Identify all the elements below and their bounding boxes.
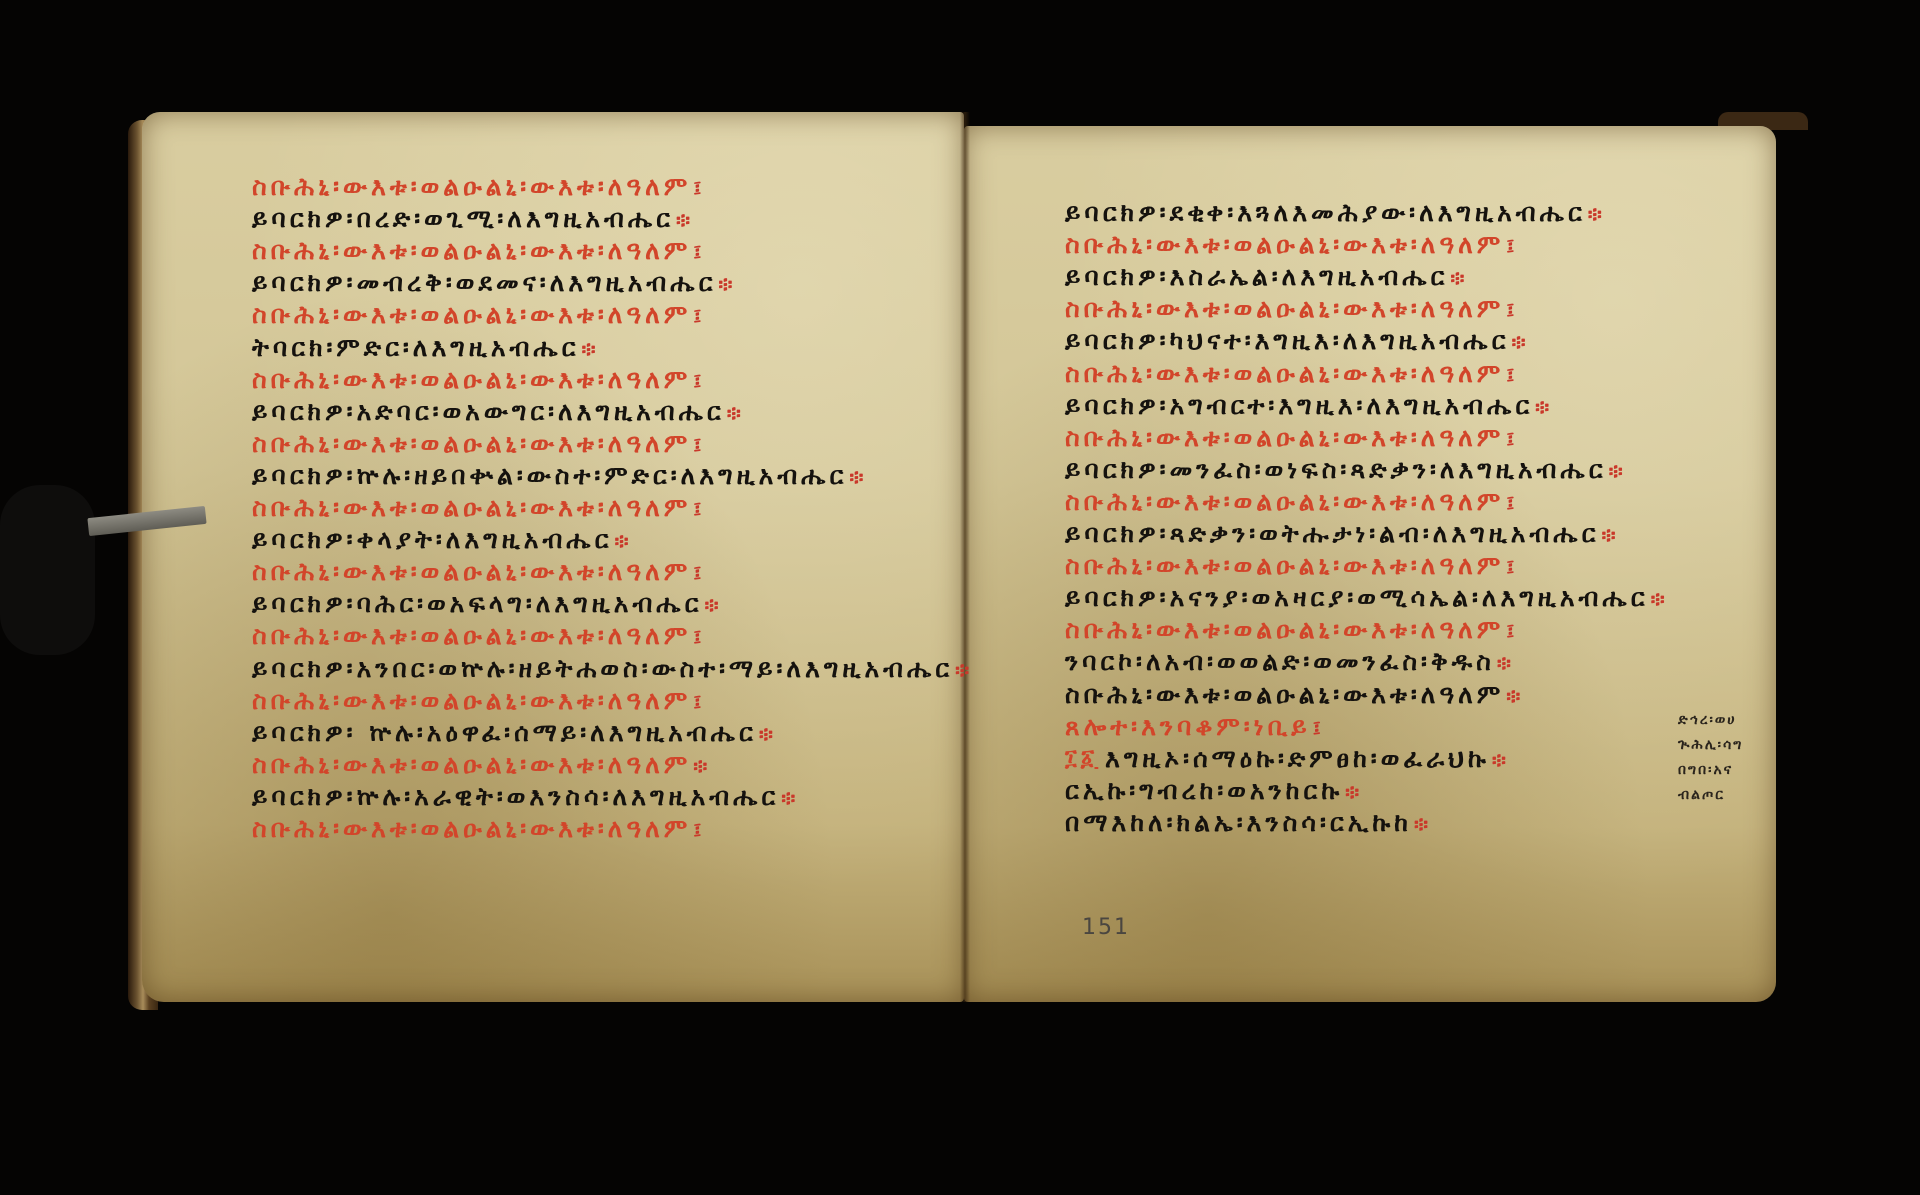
punctuation-mark-icon: ፤: [693, 240, 705, 264]
punctuation-mark-icon: ፤: [693, 690, 705, 714]
punctuation-mark-icon: ፤: [693, 497, 705, 521]
line-text: ስቡሕኒ፡ውእቱ፡ወልዑልኒ፡ውእቱ፡ለዓለም: [252, 557, 691, 586]
manuscript-line: ስቡሕኒ፡ውእቱ፡ወልዑልኒ፡ውእቱ፡ለዓለም፤: [252, 493, 705, 524]
punctuation-mark-icon: ፤: [693, 304, 705, 328]
punctuation-mark-icon: ፨: [849, 465, 867, 489]
manuscript-line: ስቡሕኒ፡ውእቱ፡ወልዑልኒ፡ውእቱ፡ለዓለም፤: [1065, 487, 1518, 518]
line-text: ይባርክዎ፡ደቂቀ፡እጓለእመሕያው፡ለእግዚአብሔር: [1065, 198, 1586, 227]
punctuation-mark-icon: ፤: [693, 625, 705, 649]
margin-note-line: ብልጦር: [1678, 783, 1743, 808]
line-text: ስቡሕኒ፡ውእቱ፡ወልዑልኒ፡ውእቱ፡ለዓለም: [252, 236, 691, 265]
manuscript-line: ይባርክዎ፡ ኵሉ፡አዕዋፈ፡ሰማይ፡ለእግዚአብሔር፨: [252, 718, 777, 749]
punctuation-mark-icon: ፨: [1497, 651, 1515, 675]
manuscript-line: ስቡሕኒ፡ውእቱ፡ወልዑልኒ፡ውእቱ፡ለዓለም፤: [252, 621, 705, 652]
line-text: እግዚኦ፡ሰማዕኩ፡ድምፀከ፡ወፈራህኩ: [1105, 744, 1490, 773]
manuscript-line: ጸሎተ፡እንባቆም፡ነቢይ፤: [1065, 712, 1325, 743]
line-text: ስቡሕኒ፡ውእቱ፡ወልዑልኒ፡ውእቱ፡ለዓለም: [1065, 359, 1504, 388]
line-text: ይባርክዎ፡ኵሉ፡አራዊት፡ወእንስሳ፡ለእግዚአብሔር: [252, 782, 779, 811]
punctuation-mark-icon: ፨: [1651, 587, 1669, 611]
punctuation-mark-icon: ፨: [1506, 684, 1524, 708]
line-text: ይባርክዎ፡አድባር፡ወአውግር፡ለእግዚአብሔር: [252, 397, 725, 426]
manuscript-line: ይባርክዎ፡ኵሉ፡ዘይበቍል፡ውስተ፡ምድር፡ለእግዚአብሔር፨: [252, 461, 867, 492]
manuscript-line: ይባርክዎ፡አግብርተ፡እግዚእ፡ለእግዚአብሔር፨: [1065, 391, 1553, 422]
punctuation-mark-icon: ፨: [1414, 812, 1432, 836]
line-text: በማእከለ፡ክልኤ፡እንስሳ፡ርኢኩከ: [1065, 808, 1412, 837]
manuscript-line: ስቡሕኒ፡ውእቱ፡ወልዑልኒ፡ውእቱ፡ለዓለም፤: [252, 686, 705, 717]
manuscript-line: ይባርክዎ፡ካህናተ፡እግዚእ፡ለእግዚአብሔር፨: [1065, 326, 1529, 357]
punctuation-mark-icon: ፨: [1535, 395, 1553, 419]
punctuation-mark-icon: ፤: [1313, 716, 1325, 740]
line-text: ስቡሕኒ፡ውእቱ፡ወልዑልኒ፡ውእቱ፡ለዓለም: [1065, 487, 1504, 516]
manuscript-line: ስቡሕኒ፡ውእቱ፡ወልዑልኒ፡ውእቱ፡ለዓለም፨: [1065, 680, 1524, 711]
line-text: ይባርክዎ፡አናንያ፡ወአዛርያ፡ወሚሳኤል፡ለእግዚአብሔር: [1065, 583, 1649, 612]
line-text: ስቡሕኒ፡ውእቱ፡ወልዑልኒ፡ውእቱ፡ለዓለም: [252, 429, 691, 458]
manuscript-line: ስቡሕኒ፡ውእቱ፡ወልዑልኒ፡ውእቱ፡ለዓለም፤: [252, 814, 705, 845]
line-text: ይባርክዎ፡ጻድቃን፡ወትሑታነ፡ልብ፡ለእግዚአብሔር: [1065, 519, 1599, 548]
punctuation-mark-icon: ፨: [1345, 780, 1363, 804]
line-text: ስቡሕኒ፡ውእቱ፡ወልዑልኒ፡ውእቱ፡ለዓለም: [1065, 615, 1504, 644]
line-text: ስቡሕኒ፡ውእቱ፡ወልዑልኒ፡ውእቱ፡ለዓለም: [252, 814, 691, 843]
manuscript-line: ስቡሕኒ፡ውእቱ፡ወልዑልኒ፡ውእቱ፡ለዓለም፤: [252, 557, 705, 588]
punctuation-mark-icon: ፨: [693, 754, 711, 778]
line-text: ስቡሕኒ፡ውእቱ፡ወልዑልኒ፡ውእቱ፡ለዓለም: [1065, 423, 1504, 452]
line-text: ይባርክዎ፡ቀላያት፡ለእግዚአብሔር: [252, 525, 612, 554]
punctuation-mark-icon: ፨: [1450, 266, 1468, 290]
manuscript-line: ንባርኮ፡ለአብ፡ወወልድ፡ወመንፈስ፡ቅዱስ፨: [1065, 647, 1515, 678]
punctuation-mark-icon: ፨: [1609, 459, 1627, 483]
punctuation-mark-icon: ፤: [693, 561, 705, 585]
line-text: ይባርክዎ፡በረድ፡ወጊሚ፡ለእግዚአብሔር: [252, 204, 674, 233]
manuscript-line: ስቡሕኒ፡ውእቱ፡ወልዑልኒ፡ውእቱ፡ለዓለም፤: [1065, 359, 1518, 390]
punctuation-mark-icon: ፨: [759, 722, 777, 746]
line-text: ጸሎተ፡እንባቆም፡ነቢይ: [1065, 712, 1311, 741]
line-text: ይባርክዎ፡አንበር፡ወኵሉ፡ዘይትሐወስ፡ውስተ፡ማይ፡ለእግዚአብሔር: [252, 654, 953, 683]
manuscript-line: ይባርክዎ፡ቀላያት፡ለእግዚአብሔር፨: [252, 525, 633, 556]
punctuation-mark-icon: ፨: [1588, 202, 1606, 226]
punctuation-mark-icon: ፨: [781, 786, 799, 810]
manuscript-line: ስቡሕኒ፡ውእቱ፡ወልዑልኒ፡ውእቱ፡ለዓለም፤: [252, 300, 705, 331]
gutter: [960, 112, 970, 1002]
manuscript-line: ስቡሕኒ፡ውእቱ፡ወልዑልኒ፡ውእቱ፡ለዓለም፨: [252, 750, 711, 781]
punctuation-mark-icon: ፤: [1506, 619, 1518, 643]
manuscript-line: ይባርክዎ፡አንበር፡ወኵሉ፡ዘይትሐወስ፡ውስተ፡ማይ፡ለእግዚአብሔር፨: [252, 654, 973, 685]
punctuation-mark-icon: ፨: [614, 529, 632, 553]
line-text: ይባርክዎ፡መንፈስ፡ወነፍስ፡ጻድቃን፡ለእግዚአብሔር: [1065, 455, 1607, 484]
line-text: ይባርክዎ፡መብረቅ፡ወደመና፡ለእግዚአብሔር: [252, 268, 716, 297]
margin-note: ድኅረ፡ወሀ ጒሕሊ፡ሳግ በግበ፡አና ብልጦር: [1678, 708, 1743, 808]
punctuation-mark-icon: ፤: [1506, 234, 1518, 258]
line-text: ስቡሕኒ፡ውእቱ፡ወልዑልኒ፡ውእቱ፡ለዓለም: [252, 365, 691, 394]
punctuation-mark-icon: ፤: [1506, 363, 1518, 387]
line-text: ንባርኮ፡ለአብ፡ወወልድ፡ወመንፈስ፡ቅዱስ: [1065, 647, 1495, 676]
manuscript-line: ስቡሕኒ፡ውእቱ፡ወልዑልኒ፡ውእቱ፡ለዓለም፤: [252, 172, 705, 203]
punctuation-mark-icon: ፨: [704, 593, 722, 617]
punctuation-mark-icon: ፨: [1601, 523, 1619, 547]
manuscript-line: ይባርክዎ፡በረድ፡ወጊሚ፡ለእግዚአብሔር፨: [252, 204, 694, 235]
punctuation-mark-icon: ፤: [693, 818, 705, 842]
line-text: ስቡሕኒ፡ውእቱ፡ወልዑልኒ፡ውእቱ፡ለዓለም: [1065, 551, 1504, 580]
line-text: ስቡሕኒ፡ውእቱ፡ወልዑልኒ፡ውእቱ፡ለዓለም: [1065, 294, 1504, 323]
punctuation-mark-icon: ፨: [727, 401, 745, 425]
punctuation-mark-icon: ፨: [1511, 330, 1529, 354]
margin-note-line: ጒሕሊ፡ሳግ: [1678, 733, 1743, 758]
line-text: ይባርክዎ፡ካህናተ፡እግዚእ፡ለእግዚአብሔር: [1065, 326, 1509, 355]
line-text: ስቡሕኒ፡ውእቱ፡ወልዑልኒ፡ውእቱ፡ለዓለም: [252, 686, 691, 715]
manuscript-line: ስቡሕኒ፡ውእቱ፡ወልዑልኒ፡ውእቱ፡ለዓለም፤: [252, 236, 705, 267]
line-text: ይባርክዎ፡እስራኤል፡ለእግዚአብሔር: [1065, 262, 1448, 291]
punctuation-mark-icon: ፤: [1506, 555, 1518, 579]
verse-number: ፲፩: [1065, 744, 1098, 774]
manuscript-line: ፲፩እግዚኦ፡ሰማዕኩ፡ድምፀከ፡ወፈራህኩ፨: [1105, 744, 1510, 775]
manuscript-line: ይባርክዎ፡ባሕር፡ወአፍላግ፡ለእግዚአብሔር፨: [252, 589, 723, 620]
folio-number: 151: [1082, 915, 1130, 940]
line-text: ትባርክ፡ምድር፡ለእግዚአብሔር: [252, 333, 580, 362]
manuscript-line: ስቡሕኒ፡ውእቱ፡ወልዑልኒ፡ውእቱ፡ለዓለም፤: [1065, 294, 1518, 325]
line-text: ስቡሕኒ፡ውእቱ፡ወልዑልኒ፡ውእቱ፡ለዓለም: [1065, 230, 1504, 259]
line-text: ስቡሕኒ፡ውእቱ፡ወልዑልኒ፡ውእቱ፡ለዓለም: [252, 750, 691, 779]
manuscript-line: ትባርክ፡ምድር፡ለእግዚአብሔር፨: [252, 333, 600, 364]
manuscript-line: ስቡሕኒ፡ውእቱ፡ወልዑልኒ፡ውእቱ፡ለዓለም፤: [1065, 423, 1518, 454]
punctuation-mark-icon: ፤: [693, 176, 705, 200]
manuscript-line: ስቡሕኒ፡ውእቱ፡ወልዑልኒ፡ውእቱ፡ለዓለም፤: [1065, 615, 1518, 646]
manuscript-line: ይባርክዎ፡ኵሉ፡አራዊት፡ወእንስሳ፡ለእግዚአብሔር፨: [252, 782, 799, 813]
punctuation-mark-icon: ፨: [582, 337, 600, 361]
punctuation-mark-icon: ፨: [718, 272, 736, 296]
punctuation-mark-icon: ፨: [676, 208, 694, 232]
margin-note-line: በግበ፡አና: [1678, 758, 1743, 783]
line-text: ይባርክዎ፡አግብርተ፡እግዚእ፡ለእግዚአብሔር: [1065, 391, 1533, 420]
manuscript-line: ስቡሕኒ፡ውእቱ፡ወልዑልኒ፡ውእቱ፡ለዓለም፤: [252, 365, 705, 396]
manuscript-line: ስቡሕኒ፡ውእቱ፡ወልዑልኒ፡ውእቱ፡ለዓለም፤: [252, 429, 705, 460]
manuscript-line: ርኢኩ፡ግብረከ፡ወአንከርኩ፨: [1065, 776, 1363, 807]
punctuation-mark-icon: ፤: [693, 433, 705, 457]
punctuation-mark-icon: ፨: [1492, 748, 1510, 772]
manuscript-line: ስቡሕኒ፡ውእቱ፡ወልዑልኒ፡ውእቱ፡ለዓለም፤: [1065, 551, 1518, 582]
margin-note-line: ድኅረ፡ወሀ: [1678, 708, 1743, 733]
line-text: ርኢኩ፡ግብረከ፡ወአንከርኩ: [1065, 776, 1343, 805]
manuscript-line: ይባርክዎ፡አናንያ፡ወአዛርያ፡ወሚሳኤል፡ለእግዚአብሔር፨: [1065, 583, 1669, 614]
manuscript-line: ይባርክዎ፡መብረቅ፡ወደመና፡ለእግዚአብሔር፨: [252, 268, 736, 299]
punctuation-mark-icon: ፤: [1506, 491, 1518, 515]
punctuation-mark-icon: ፤: [693, 369, 705, 393]
line-text: ስቡሕኒ፡ውእቱ፡ወልዑልኒ፡ውእቱ፡ለዓለም: [252, 300, 691, 329]
gloved-hand: [0, 485, 95, 655]
line-text: ስቡሕኒ፡ውእቱ፡ወልዑልኒ፡ውእቱ፡ለዓለም: [1065, 680, 1504, 709]
manuscript-line: ይባርክዎ፡አድባር፡ወአውግር፡ለእግዚአብሔር፨: [252, 397, 745, 428]
line-text: ይባርክዎ፡ ኵሉ፡አዕዋፈ፡ሰማይ፡ለእግዚአብሔር: [252, 718, 757, 747]
punctuation-mark-icon: ፤: [1506, 427, 1518, 451]
line-text: ስቡሕኒ፡ውእቱ፡ወልዑልኒ፡ውእቱ፡ለዓለም: [252, 621, 691, 650]
manuscript-line: ይባርክዎ፡መንፈስ፡ወነፍስ፡ጻድቃን፡ለእግዚአብሔር፨: [1065, 455, 1627, 486]
manuscript-line: ስቡሕኒ፡ውእቱ፡ወልዑልኒ፡ውእቱ፡ለዓለም፤: [1065, 230, 1518, 261]
manuscript-line: ይባርክዎ፡ጻድቃን፡ወትሑታነ፡ልብ፡ለእግዚአብሔር፨: [1065, 519, 1620, 550]
line-text: ይባርክዎ፡ኵሉ፡ዘይበቍል፡ውስተ፡ምድር፡ለእግዚአብሔር: [252, 461, 847, 490]
punctuation-mark-icon: ፤: [1506, 298, 1518, 322]
line-text: ስቡሕኒ፡ውእቱ፡ወልዑልኒ፡ውእቱ፡ለዓለም: [252, 172, 691, 201]
line-text: ስቡሕኒ፡ውእቱ፡ወልዑልኒ፡ውእቱ፡ለዓለም: [252, 493, 691, 522]
punctuation-mark-icon: ፨: [955, 658, 973, 682]
line-text: ይባርክዎ፡ባሕር፡ወአፍላግ፡ለእግዚአብሔር: [252, 589, 702, 618]
manuscript-line: ይባርክዎ፡ደቂቀ፡እጓለእመሕያው፡ለእግዚአብሔር፨: [1065, 198, 1606, 229]
manuscript-line: በማእከለ፡ክልኤ፡እንስሳ፡ርኢኩከ፨: [1065, 808, 1432, 839]
manuscript-line: ይባርክዎ፡እስራኤል፡ለእግዚአብሔር፨: [1065, 262, 1468, 293]
